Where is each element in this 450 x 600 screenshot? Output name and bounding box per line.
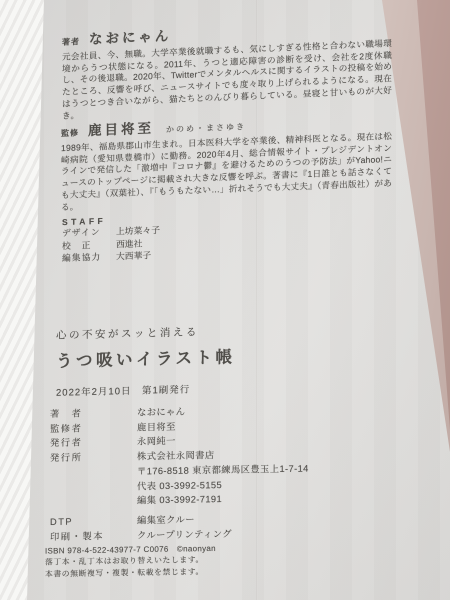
credit-label: 監修者	[50, 420, 137, 436]
credit-value: 永岡純一	[137, 434, 176, 449]
book-photo: 著者 なおにゃん 元会社員、今、無職。大学卒業後就職するも、気にしすぎる性格と合…	[0, 0, 450, 600]
isbn-footer: ISBN 978-4-522-43977-7 C0076 ©naonyan 落丁…	[45, 540, 375, 579]
title-block: 心の不安がスッと消える うつ吸いイラスト帳 2022年2月10日 第1刷発行	[56, 320, 366, 399]
credit-value publisher-address: 〒176-8518 東京都練馬区豊玉上1-7-14	[137, 461, 309, 479]
staff-section: STAFF デザイン 上坊菜々子 校 正 西進社 編集協力 大西華子	[62, 209, 322, 265]
credit-label: 発行所	[50, 450, 137, 466]
credit-label: 著 者	[50, 406, 137, 422]
credit-value: 編集室クルー	[137, 512, 195, 528]
credit-value publisher-phone: 代表 03-3992-5155	[137, 478, 222, 494]
credit-value editorial-phone: 編集 03-3992-7191	[137, 492, 222, 508]
supervisor-label: 監修	[61, 127, 79, 139]
book-title: うつ吸いイラスト帳	[56, 340, 366, 372]
credit-label	[50, 464, 137, 480]
staff-name: 大西華子	[116, 249, 151, 263]
staff-role: 編集協力	[62, 251, 116, 265]
credit-value: 鹿目将至	[137, 420, 176, 435]
supervisor-bio: 1989年、福島県郡山市生まれ。日本医科大学を卒業後、精神科医となる。現在は松崎…	[61, 131, 392, 213]
supervisor-name: 鹿目将至	[88, 117, 154, 139]
staff-name: 西進社	[116, 237, 142, 250]
staff-name: 上坊菜々子	[116, 224, 160, 238]
credit-value: 株式会社永岡書店	[137, 448, 215, 464]
supervisor-section: 監修 鹿目将至 かのめ・まさゆき 1989年、福島県郡山市生まれ。日本医科大学を…	[61, 108, 392, 213]
author-section: 著者 なおにゃん 元会社員、今、無職。大学卒業後就職するも、気にしすぎる性格と合…	[62, 15, 392, 122]
credit-label	[50, 494, 137, 510]
credit-value: なおにゃん	[137, 405, 185, 421]
credit-value: クループリンティング	[137, 526, 232, 542]
credit-label: 印刷・製本	[50, 528, 137, 544]
credit-label: 発行者	[50, 435, 137, 451]
author-name: なおにゃん	[89, 24, 171, 47]
author-label: 著者	[62, 36, 80, 48]
credit-label	[50, 479, 137, 495]
credit-label: DTP	[50, 513, 137, 529]
supervisor-name-reading: かのめ・まさゆき	[166, 121, 246, 135]
publication-credits: 著 者 なおにゃん 監修者 鹿目将至 発行者 永岡純一 発行所 株式会社永岡書店…	[50, 401, 398, 544]
